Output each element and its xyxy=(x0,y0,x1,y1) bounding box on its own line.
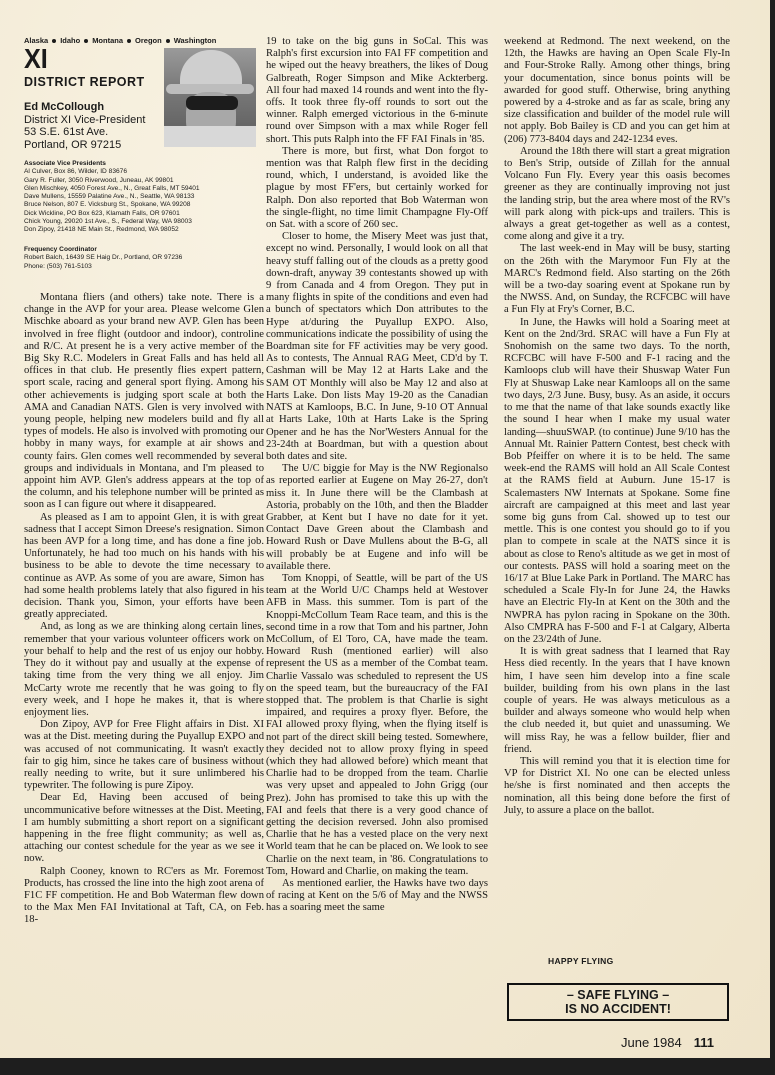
section-title: DISTRICT REPORT xyxy=(24,75,145,89)
paragraph: The last week-end in May will be busy, s… xyxy=(504,243,730,316)
signoff: HAPPY FLYING xyxy=(548,956,613,966)
list-item: Don Zipoy, 21418 NE Main St., Redmond, W… xyxy=(24,226,200,234)
issue-date: June 1984 xyxy=(621,1035,682,1050)
vp-name: Ed McCollough xyxy=(24,101,145,114)
paragraph: And, as long as we are thinking along ce… xyxy=(24,621,264,719)
paragraph: Don Zipoy, AVP for Free Flight affairs i… xyxy=(24,719,264,792)
bullet-icon xyxy=(127,39,131,43)
paragraph: As mentioned earlier, the Hawks have two… xyxy=(266,878,488,915)
paragraph: There is more, but first, what Don forgo… xyxy=(266,146,488,231)
list-item: Dick Wickline, PO Box 623, Klamath Falls… xyxy=(24,210,200,218)
article-body-middle: 19 to take on the big guns in SoCal. Thi… xyxy=(266,36,488,915)
frequency-line1: Robert Balch, 16439 SE Haig Dr., Portlan… xyxy=(24,254,182,262)
frequency-coordinator: Frequency Coordinator Robert Balch, 1643… xyxy=(24,246,182,271)
paragraph: weekend at Redmond. The next weekend, on… xyxy=(504,36,730,146)
list-item: Gary R. Fuller, 3050 Riverwood, Juneau, … xyxy=(24,177,200,185)
page-footer: June 1984111 xyxy=(621,1035,714,1050)
article-body-right: weekend at Redmond. The next weekend, on… xyxy=(504,36,730,817)
state-label: Washington xyxy=(174,36,217,45)
paragraph: Montana fliers (and others) take note. T… xyxy=(24,292,264,512)
paragraph: Ralph Cooney, known to RC'ers as Mr. For… xyxy=(24,866,264,927)
list-item: Bruce Nelson, 807 E. Vicksburg St., Spok… xyxy=(24,201,200,209)
bullet-icon xyxy=(84,39,88,43)
list-item: Al Culver, Box 86, Wilder, ID 83676 xyxy=(24,168,200,176)
district-number: XI xyxy=(24,46,48,72)
state-label: Idaho xyxy=(60,36,80,45)
bullet-icon xyxy=(52,39,56,43)
frequency-line2: Phone: (503) 761-5103 xyxy=(24,263,182,271)
vp-address-line1: 53 S.E. 61st Ave. xyxy=(24,126,145,139)
author-photo xyxy=(164,48,256,147)
paragraph: Closer to home, the Misery Meet was just… xyxy=(266,231,488,463)
article-body-left: Montana fliers (and others) take note. T… xyxy=(24,292,264,927)
paragraph: Tom Knoppi, of Seattle, will be part of … xyxy=(266,573,488,878)
paragraph: In June, the Hawks will hold a Soaring m… xyxy=(504,317,730,646)
safety-line1: – SAFE FLYING – xyxy=(509,988,727,1002)
vp-title: District XI Vice-President xyxy=(24,114,145,127)
associate-vp-list: Associate Vice Presidents Al Culver, Box… xyxy=(24,160,200,235)
bullet-icon xyxy=(166,39,170,43)
safety-slogan-box: – SAFE FLYING – IS NO ACCIDENT! xyxy=(507,983,729,1021)
list-item: Chick Young, 29020 1st Ave., S., Federal… xyxy=(24,218,200,226)
paragraph: The U/C biggie for May is the NW Region­… xyxy=(266,463,488,573)
magazine-page: AlaskaIdahoMontanaOregonWashington XI DI… xyxy=(0,0,770,1058)
list-item: Dave Mullens, 15559 Palatine Ave., N., S… xyxy=(24,193,200,201)
safety-line2: IS NO ACCIDENT! xyxy=(509,1002,727,1016)
paragraph: Around the 18th there will start a great… xyxy=(504,146,730,244)
vice-president-contact: Ed McCollough District XI Vice-President… xyxy=(24,101,145,151)
paragraph: It is with great sadness that I learned … xyxy=(504,646,730,756)
states-list: AlaskaIdahoMontanaOregonWashington xyxy=(24,36,216,45)
paragraph: This will remind you that it is election… xyxy=(504,756,730,817)
paragraph: 19 to take on the big guns in SoCal. Thi… xyxy=(266,36,488,146)
paragraph: Dear Ed, Having been accused of being un… xyxy=(24,792,264,865)
state-label: Montana xyxy=(92,36,123,45)
page-number: 111 xyxy=(694,1035,714,1050)
state-label: Oregon xyxy=(135,36,162,45)
vp-address-line2: Portland, OR 97215 xyxy=(24,139,145,152)
paragraph: As pleased as I am to appoint Glen, it i… xyxy=(24,512,264,622)
frequency-heading: Frequency Coordinator xyxy=(24,246,182,254)
associate-vp-heading: Associate Vice Presidents xyxy=(24,160,200,168)
list-item: Glen Mischkey, 4050 Forest Ave., N., Gre… xyxy=(24,185,200,193)
